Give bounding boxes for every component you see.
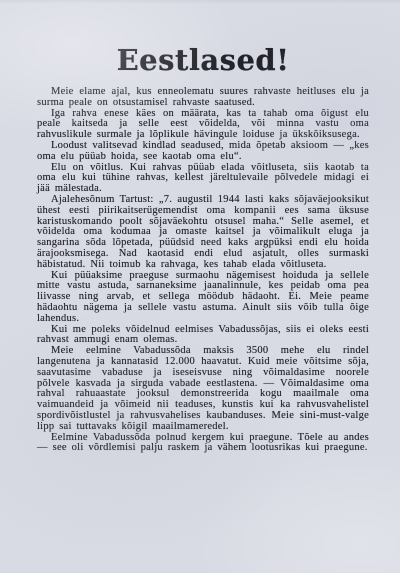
paragraph: Eelmine Vabadussõda polnud kergem kui pr…	[37, 433, 369, 455]
paragraph: Meie elame ajal, kus enneolematu suures …	[37, 87, 369, 109]
paragraph: Meie eelmine Vabadussõda maksis 3500 meh…	[37, 346, 369, 432]
paragraph: Kui püüaksime praeguse surmaohu nägemise…	[37, 271, 369, 325]
page-title: Eestlased!	[37, 46, 369, 75]
paragraph: Ajalehesõnum Tartust: „7. augustil 1944 …	[37, 195, 369, 271]
document-body: Meie elame ajal, kus enneolematu suures …	[37, 87, 369, 454]
scanned-page: Eestlased! Meie elame ajal, kus enneolem…	[0, 0, 400, 573]
paragraph: Iga rahva enese käes on määrata, kas ta …	[37, 109, 369, 141]
paragraph: Elu on võitlus. Kui rahvas püüab elada v…	[37, 163, 369, 195]
paragraph: Loodust valitsevad kindlad seadused, mid…	[37, 141, 369, 163]
paragraph: Kui me poleks võidelnud eelmises Vabadus…	[37, 325, 369, 347]
